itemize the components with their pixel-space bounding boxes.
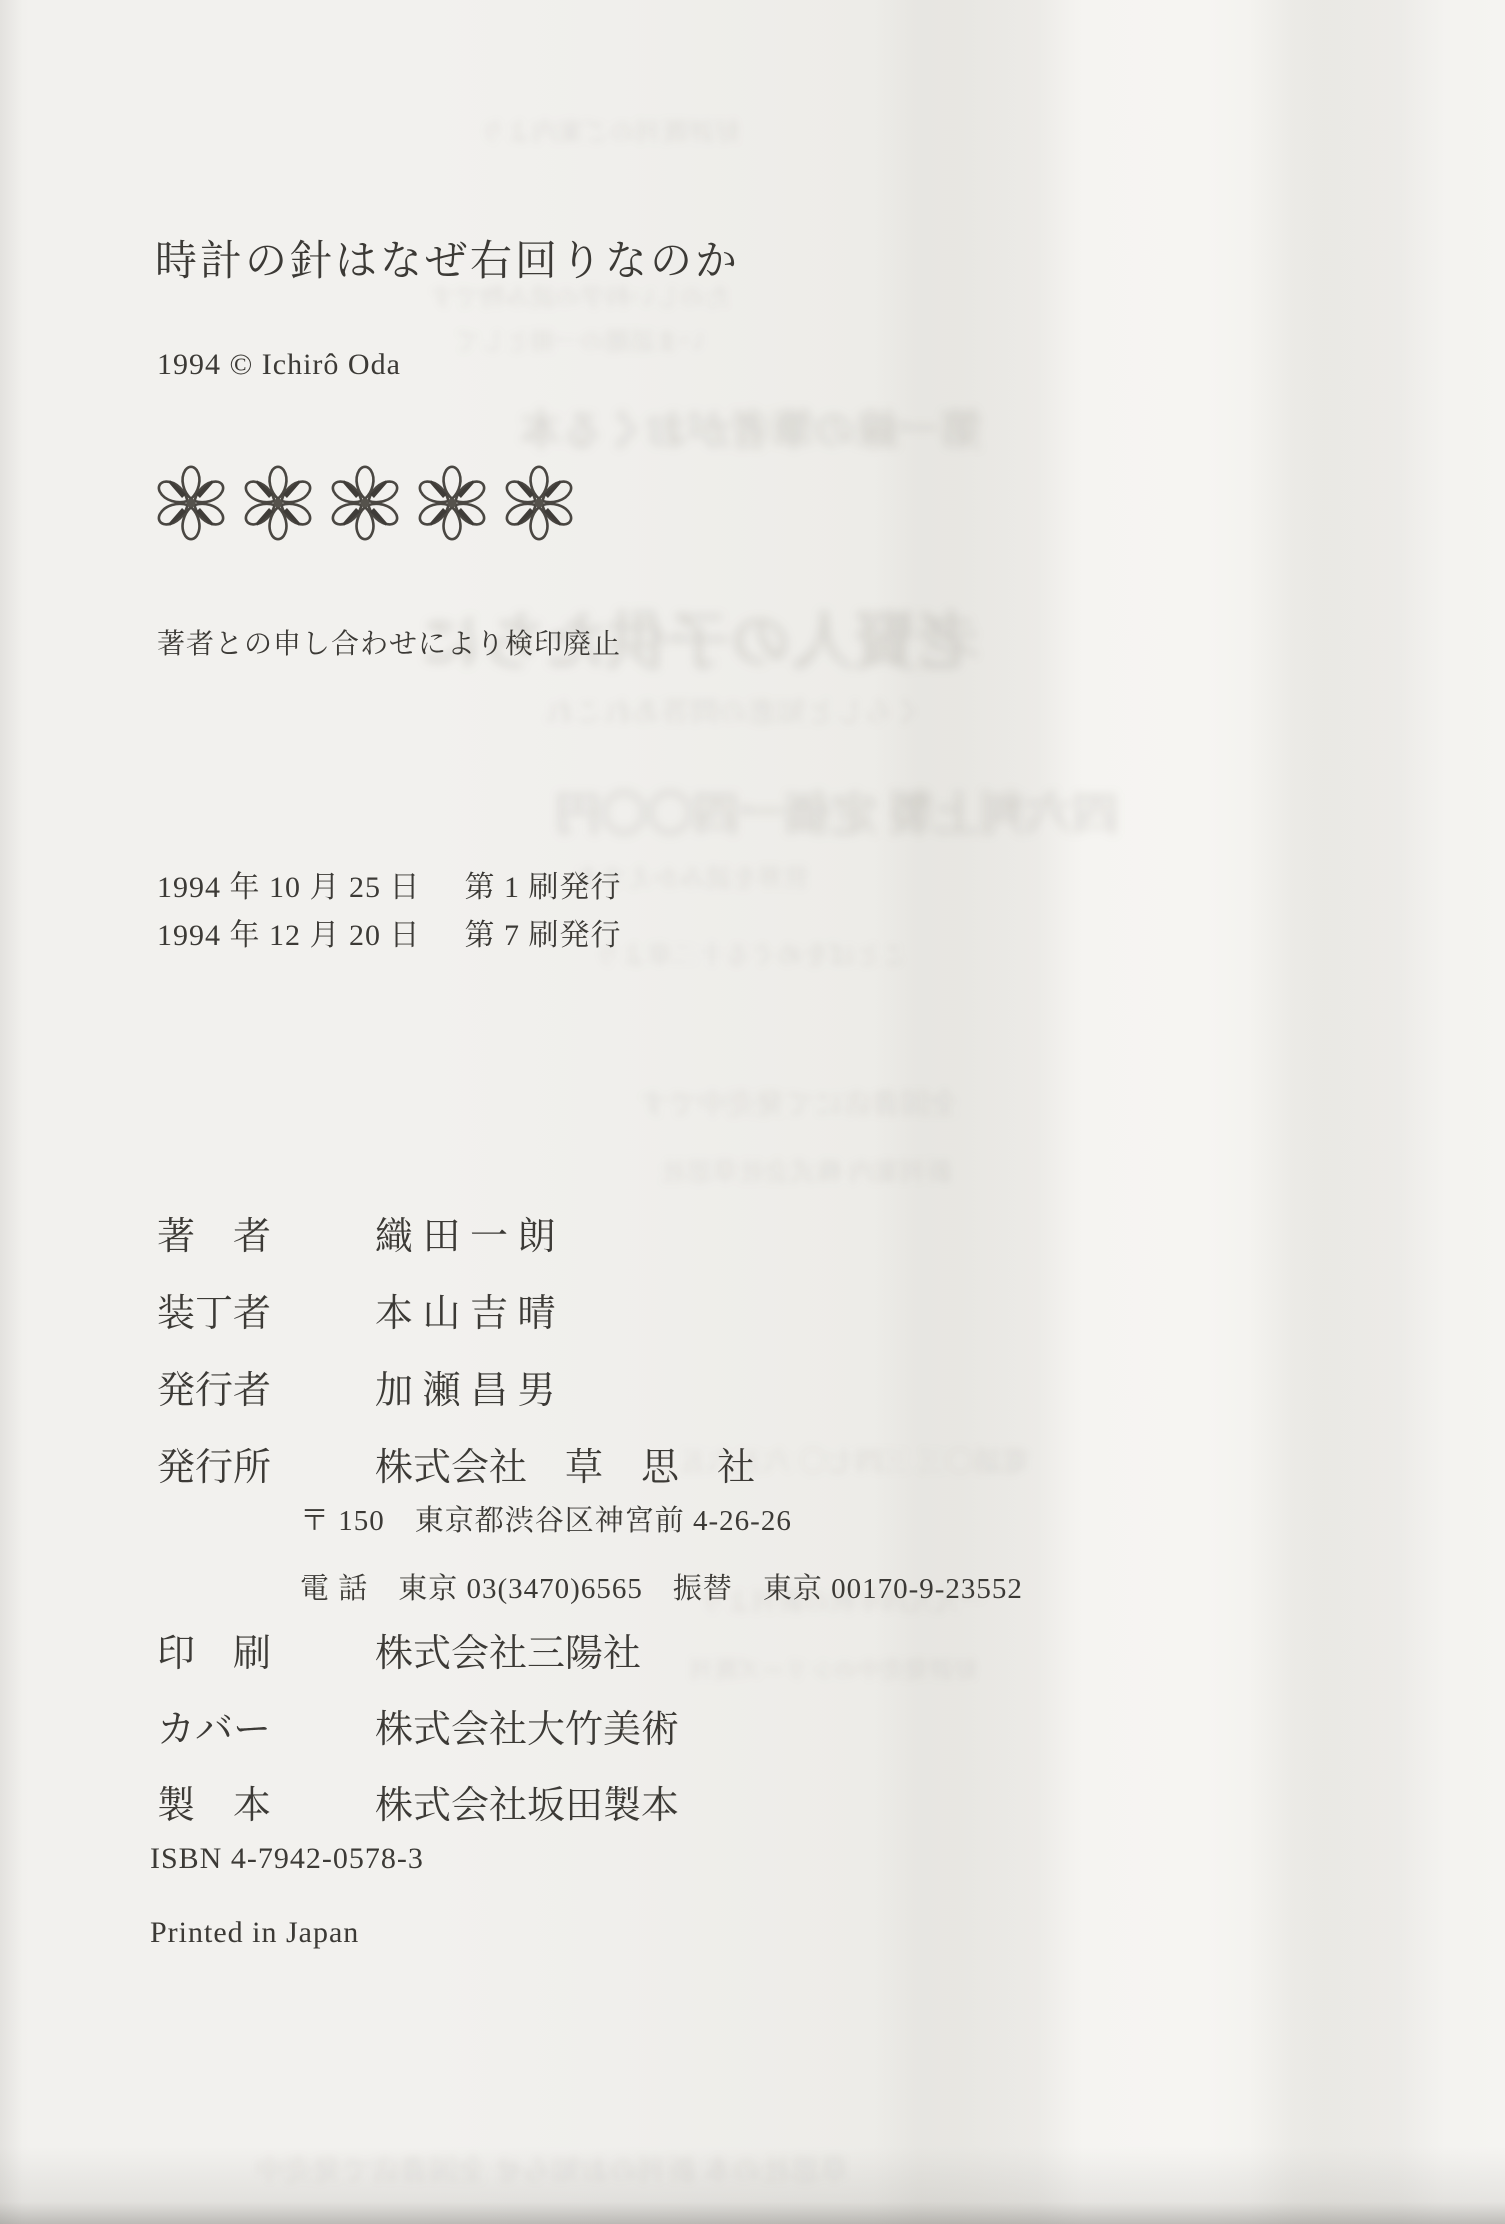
credit-row-designer: 装丁者 本 山 吉 晴	[157, 1282, 556, 1337]
ghost-showthrough-text: 好評既刊のご案内より	[480, 112, 740, 149]
credit-value: 加 瀬 昌 男	[375, 1359, 556, 1414]
credit-row-publisher-company: 発行所 株式会社 草 思 社	[157, 1436, 755, 1491]
production-value: 株式会社三陽社	[375, 1622, 641, 1677]
credit-row-publisher-person: 発行者 加 瀬 昌 男	[157, 1359, 556, 1414]
credit-row-author: 著 者 織 田 一 朗	[157, 1205, 556, 1260]
production-row-printing: 印 刷 株式会社三陽社	[157, 1622, 641, 1677]
production-value: 株式会社坂田製本	[375, 1774, 679, 1829]
ghost-showthrough-text: 第一線の筆者がおくる本	[520, 398, 982, 458]
edition-printing: 第 1 刷発行	[465, 862, 622, 906]
edition-line: 1994 年 12 月 20 日 第 7 刷発行	[157, 910, 622, 954]
flower-ornament-icon	[498, 462, 580, 544]
colophon-page: 好評既刊のご案内より たのしい科学の読み物です いま話題の一冊として 第一線の筆…	[0, 0, 1505, 2224]
credit-label: 発行者	[157, 1359, 375, 1414]
flower-ornament-icon	[150, 462, 232, 544]
isbn-line: ISBN 4-7942-0578-3	[150, 1842, 424, 1876]
credit-label: 装丁者	[157, 1282, 375, 1337]
production-row-cover: カバー 株式会社大竹美術	[157, 1698, 679, 1753]
edition-printing: 第 7 刷発行	[465, 910, 622, 954]
edition-line: 1994 年 10 月 25 日 第 1 刷発行	[157, 862, 622, 906]
ghost-showthrough-text: 好評発売中のシリーズ既刊	[690, 1650, 977, 1685]
edition-date: 1994 年 12 月 20 日	[157, 910, 421, 954]
credit-value: 織 田 一 朗	[375, 1205, 556, 1260]
production-label: カバー	[157, 1698, 375, 1753]
book-title: 時計の針はなぜ右回りなのか	[155, 228, 740, 288]
ghost-showthrough-text: 四六判上製 定価一四〇〇円	[555, 778, 1119, 844]
printed-in-line: Printed in Japan	[150, 1916, 359, 1950]
production-label: 印 刷	[157, 1622, 375, 1677]
flower-ornament-icon	[411, 462, 493, 544]
edition-date: 1994 年 10 月 25 日	[157, 862, 421, 906]
inspection-note: 著者との申し合わせにより検印廃止	[157, 622, 621, 662]
ghost-showthrough-text: くらしと知恵の問答あれこれ	[545, 690, 922, 731]
publisher-phone: 電 話 東京 03(3470)6565 振替 東京 00170-9-23552	[300, 1566, 1023, 1607]
credit-value: 本 山 吉 晴	[375, 1282, 556, 1337]
production-value: 株式会社大竹美術	[375, 1698, 679, 1753]
copyright-line: 1994 © Ichirô Oda	[157, 348, 401, 382]
ghost-showthrough-text: 新刊案内 株式会社草思社	[660, 1152, 953, 1189]
credit-value: 株式会社 草 思 社	[375, 1436, 755, 1491]
flower-ornament-icon	[324, 462, 406, 544]
flower-ornament-icon	[237, 462, 319, 544]
production-row-binding: 製 本 株式会社坂田製本	[157, 1774, 679, 1829]
credit-label: 著 者	[157, 1205, 375, 1260]
ghost-showthrough-text: ことばをめぐる十二章より	[595, 935, 907, 972]
ghost-showthrough-text: 草思社の本 新刊のお知らせ 全国書店で発売中	[255, 2148, 849, 2189]
publisher-address: 〒 150 東京都渋谷区神宮前 4-26-26	[300, 1498, 792, 1539]
production-label: 製 本	[157, 1774, 375, 1829]
ghost-showthrough-text: 全国書店にて発売中です	[640, 1082, 959, 1123]
ghost-showthrough-text: いま話題の一冊として	[455, 322, 705, 358]
credit-label: 発行所	[157, 1436, 375, 1491]
ornament-row	[150, 462, 580, 544]
